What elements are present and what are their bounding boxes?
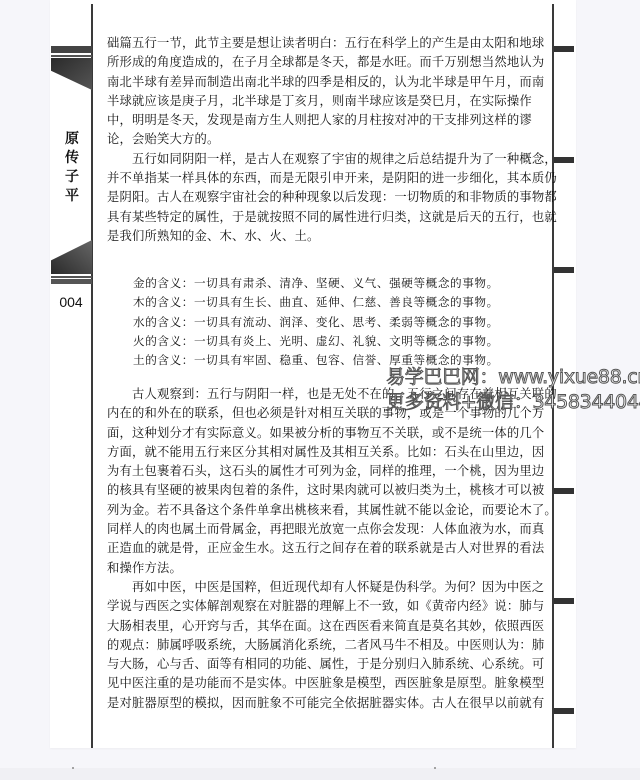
text-line: 的观点：肺属呼吸系统，大肠属消化系统，二者风马牛不相及。中医则认为：肺 xyxy=(107,636,547,655)
text-line: 半球就应该是庚子月，北半球是丁亥月，则南半球应该是癸巳月，在实际操作 xyxy=(107,92,547,111)
watermark-line-contact: 更多资料+微信：3458344044 xyxy=(386,390,640,415)
text-line: 并不单指某一样具体的东西，而是无限引申开来，是阴阳的进一步细化，其本质仍 xyxy=(107,169,547,188)
text-line: 同样人的肉也属土而骨属金，再把眼光放宽一点你会发现：人体血液为水，而真 xyxy=(107,520,547,539)
page-corner-mark xyxy=(434,767,436,769)
text-line: 础篇五行一节，此节主要是想让读者明白：五行在科学上的产生是由太阳和地球 xyxy=(107,34,547,53)
text-line: 具有某些特定的属性，于是就按照不同的属性进行归类，这就是后天的五行，也就 xyxy=(107,208,547,227)
spine-decoration-top-band xyxy=(51,46,92,53)
spine-title-char: 原 xyxy=(60,130,84,149)
spine-title-char: 子 xyxy=(60,168,84,187)
viewer-bottom-bar xyxy=(0,768,640,780)
spine-book-title: 原 传 子 平 xyxy=(60,130,84,206)
spine-decoration-top-line xyxy=(51,55,92,57)
text-line: 是阴阳。古人在观察宇宙社会的种种现象以后发现：一切物质的和非物质的事物都 xyxy=(107,188,547,207)
watermark-overlay: 易学巴巴网：www.yixue88.cn 更多资料+微信：3458344044 xyxy=(386,365,640,415)
text-line: 见中医注重的是功能而不是实体。中医脏象是模型，西医脏象是原型。脏象模型 xyxy=(107,674,547,693)
thumb-index-tab-mark xyxy=(554,157,574,163)
thumb-index-tab-mark xyxy=(554,488,574,494)
text-line: 所形成的角度造成的，在子月全球都是冬天，都是水旺。而千万别想当然地认为 xyxy=(107,53,547,72)
definition-water: 水的含义：一切具有流动、润泽、变化、思考、柔弱等概念的事物。 xyxy=(133,313,533,332)
spine-title-char: 平 xyxy=(60,187,84,206)
five-elements-definitions: 金的含义：一切具有肃杀、清净、坚硬、义气、强硬等概念的事物。 木的含义：一切具有… xyxy=(133,274,533,370)
text-line-indented: 五行如同阴阳一样，是古人在观察了宇宙的规律之后总结提升为了一种概念， xyxy=(107,150,547,169)
text-line: 列为金。若不具备这个条件单拿出桃核来看，其属性就不能以金论，而要论木了。 xyxy=(107,501,547,520)
text-line: 方面，就不能用五行来区分其相对属性及其相互关系。比如：石头在山里边，因 xyxy=(107,443,547,462)
spine-title-char: 传 xyxy=(60,149,84,168)
text-line: 是我们所熟知的金、木、水、火、土。 xyxy=(107,227,547,246)
text-line: 为有土包裹着石头，这石头的属性才可列为金，同样的推理，一个桃，因为里边 xyxy=(107,462,547,481)
page-number: 004 xyxy=(56,294,86,310)
thumb-index-tab-mark xyxy=(554,46,574,52)
text-line: 大肠相表里，心开窍与舌，其华在面。这在西医看来简直是莫名其妙，依照西医 xyxy=(107,617,547,636)
definition-fire: 火的含义：一切具有炎上、光明、虚幻、礼貌、文明等概念的事物。 xyxy=(133,332,533,351)
page-corner-mark xyxy=(72,767,74,769)
spine-decoration-bottom-band xyxy=(51,279,92,284)
text-line: 是对脏器原型的模拟，因而脏象不可能完全依据脏器实体。古人在很早以前就有 xyxy=(107,694,547,713)
definition-metal: 金的含义：一切具有肃杀、清净、坚硬、义气、强硬等概念的事物。 xyxy=(133,274,533,293)
thumb-index-tab-mark xyxy=(554,267,574,273)
text-line: 论，会贻笑大方的。 xyxy=(107,130,547,149)
text-line: 南北半球有差异而制造出南北半球的四季是相反的，认为北半球是甲午月，而南 xyxy=(107,73,547,92)
spine-decoration-bottom-line xyxy=(51,276,92,278)
body-text-bottom: 古人观察到：五行与阴阳一样，也是无处不在的，五行之间存在着相互关联的 内在的和外… xyxy=(107,385,547,713)
spine-rule-left xyxy=(91,4,93,748)
text-line: 面，这种划分才有实际意义。如果被分析的事物互不关联，或不是统一体的几个 xyxy=(107,424,547,443)
text-line-indented: 再如中医，中医是国粹，但近现代却有人怀疑是伪科学。为何？因为中医之 xyxy=(107,578,547,597)
text-line: 学说与西医之实体解剖观察在对脏器的理解上不一致，如《黄帝内经》说：肺与 xyxy=(107,597,547,616)
text-line: 正造血的就是骨，正应金生水。这五行之间存在着的联系就是古人对世界的看法 xyxy=(107,539,547,558)
body-text-top: 础篇五行一节，此节主要是想让读者明白：五行在科学上的产生是由太阳和地球 所形成的… xyxy=(107,34,547,246)
definition-wood: 木的含义：一切具有生长、曲直、延伸、仁慈、善良等概念的事物。 xyxy=(133,293,533,312)
text-line: 的核具有坚硬的被果肉包着的条件，这时果肉就可以被归类为土，桃核才可以被 xyxy=(107,481,547,500)
watermark-line-site: 易学巴巴网：www.yixue88.cn xyxy=(386,365,640,390)
text-line: 和操作方法。 xyxy=(107,559,547,578)
thumb-index-tab-mark xyxy=(554,708,574,714)
thumb-index-tab-mark xyxy=(554,598,574,604)
text-line: 中，明明是冬天，发现是南方生人则把人家的月柱按对冲的干支排列这样的谬 xyxy=(107,111,547,130)
text-line: 与大肠，心与舌、面等有相同的功能、属性，于是分别归入肺系统、心系统。可 xyxy=(107,655,547,674)
